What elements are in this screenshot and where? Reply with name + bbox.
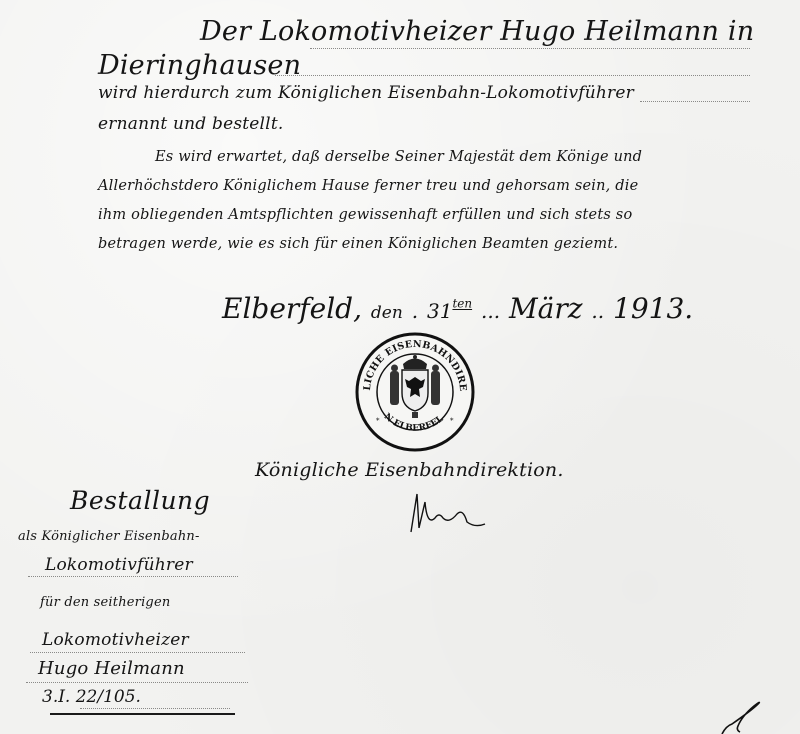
rule-line-2 (275, 75, 750, 76)
body-line-4: ernannt und bestellt. (98, 114, 283, 134)
margin-line-5: Hugo Heilmann (38, 658, 185, 679)
svg-text:*: * (450, 417, 454, 425)
margin-title: Bestallung (70, 486, 210, 515)
paragraph-line-2: Allerhöchstdero Königlichem Hause ferner… (98, 178, 638, 194)
paragraph-line-3: ihm obliegenden Amtspflichten gewissenha… (98, 207, 632, 223)
document-page: Der Lokomotivheizer Hugo Heilmann in Die… (0, 0, 800, 734)
paragraph-line-1: Es wird erwartet, daß derselbe Seiner Ma… (155, 149, 642, 165)
date-day-suffix: ten (452, 297, 472, 311)
date-month: März (509, 292, 583, 325)
issuing-authority: Königliche Eisenbahndirektion. (255, 459, 564, 481)
body-line-2: Dieringhausen (98, 50, 301, 81)
body-line-1: Der Lokomotivheizer Hugo Heilmann in (200, 16, 754, 47)
margin-rule-2 (30, 652, 245, 653)
date-place: Elberfeld, (222, 292, 362, 325)
svg-text:*: * (376, 417, 380, 425)
margin-rule-4 (80, 708, 230, 709)
official-seal-icon: KÖNIGLICHE EISENBAHNDIREKTION IN ELBERFE… (354, 331, 476, 453)
paragraph-line-4: betragen werde, wie es sich für einen Kö… (98, 236, 618, 252)
margin-rule-3 (26, 682, 248, 683)
rule-line-1 (310, 48, 750, 49)
dateline: Elberfeld, den . 31ten ... März .. 1913. (222, 292, 693, 325)
signature-icon (405, 488, 495, 538)
margin-line-2: Lokomotivführer (45, 555, 193, 575)
rule-line-3 (640, 101, 750, 102)
reference-number: 3.I. 22/105. (42, 687, 141, 707)
margin-line-4: Lokomotivheizer (42, 630, 189, 650)
body-line-3: wird hierdurch zum Königlichen Eisenbahn… (98, 83, 634, 103)
margin-rule-1 (28, 576, 238, 577)
margin-line-1: als Königlicher Eisenbahn- (18, 529, 200, 544)
corner-paraph-icon (712, 700, 772, 734)
date-day: 31 (427, 299, 452, 323)
reference-underline (50, 713, 235, 715)
date-year: 1913. (613, 292, 693, 325)
date-den: den (371, 303, 403, 323)
margin-line-3: für den seitherigen (40, 595, 170, 610)
